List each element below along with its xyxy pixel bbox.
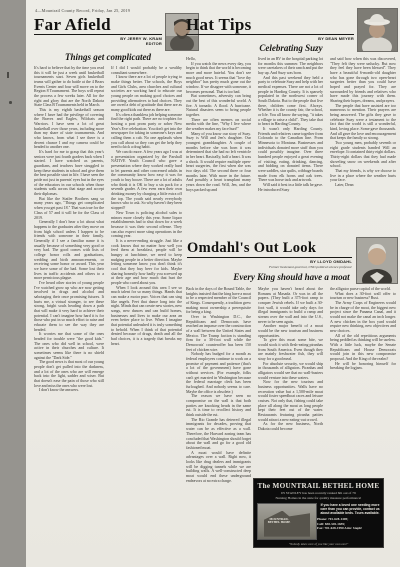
paragraph: It wasn't only Harding County. Friends a…	[258, 127, 323, 183]
paragraph: I don't know the answers.	[34, 388, 104, 393]
ad-title: The MOUNTRAIL BETHEL HOME	[254, 482, 383, 490]
paragraph: The people that have assisted are too nu…	[330, 104, 396, 141]
paragraph: We can do more. A few years ago I was at…	[111, 150, 182, 211]
building-sign-text: MOUNTRAIL BETHEL HOME	[266, 518, 292, 525]
paragraph: It worries me that some of the ones head…	[34, 332, 104, 360]
paragraph: A moat would have definite advantages ov…	[186, 451, 251, 484]
newspaper-page: 4—Mountrail County Record, Friday, Jan 2…	[0, 0, 400, 567]
far-afield-column-2: If I did I would probably be a wealthy c…	[111, 66, 182, 468]
paragraph: Another major benefit of a moat would be…	[258, 324, 323, 338]
paragraph: I know there are a lot of people trying …	[111, 75, 182, 112]
paragraph: The reason we have seen no compromise on…	[186, 394, 251, 417]
paragraph: Later, Dean	[330, 183, 396, 188]
bethel-home-ad: The MOUNTRAIL BETHEL HOME IN STANLEY has…	[253, 478, 384, 548]
hat-tips-column-2: lived in an RV in the hospital parking l…	[258, 57, 323, 233]
ad-subtitle-2: Nursing Homes in the state for quality m…	[254, 496, 383, 500]
hat-tips-column-1: Hello,If you watch the news every day, y…	[186, 57, 251, 233]
paragraph: That my friends, is why we choose to liv…	[330, 169, 396, 183]
masthead-line: 4—Mountrail County Record, Friday, Jan 2…	[35, 8, 130, 13]
paragraph: To give this moat some bite, we would st…	[258, 338, 323, 361]
paragraph: Over in Washington D.C., the Republicans…	[186, 315, 251, 352]
paragraph: I've heard other stories of young people…	[34, 281, 104, 332]
omdahl-heading: Every King should have a moat	[187, 272, 396, 282]
paragraph: Maybe you haven't heard about the Romans…	[258, 287, 323, 324]
paragraph: And this past weekend they held a party …	[258, 76, 323, 127]
paragraph: As for the new business, North Dakota co…	[258, 422, 323, 431]
paragraph: New Town is policing alcohol sales to mi…	[111, 211, 182, 239]
paragraph: and said how when this was discovered, "…	[330, 57, 396, 104]
omdahl-title: Omdahl's Out Look	[187, 240, 316, 257]
omdahl-column-2: Maybe you haven't heard about the Romans…	[258, 287, 323, 473]
far-afield-byline-role: EDITOR	[86, 41, 162, 46]
omdahl-column-1: Back in the days of the Round Table, the…	[186, 287, 251, 546]
hat-tips-title: Hat Tips	[186, 15, 252, 35]
ad-pitch-text: If you have a loved one needing more car…	[320, 503, 380, 515]
portrait-man-cowboy-hat	[358, 9, 397, 51]
paragraph: He will be honoring himself for breaking…	[330, 362, 396, 371]
paragraph: If you watch the news every day, you beg…	[186, 62, 251, 95]
scan-mark	[9, 101, 12, 104]
omdahl-byline: BY LLOYD OMDAHL	[252, 259, 352, 264]
hat-tips-column-3: and said how when this was discovered, "…	[330, 57, 396, 233]
hat-tips-byline: BY DEAN MEYER	[276, 36, 354, 41]
ad-subtitle-1: IN STANLEY has been recently ranked 6th …	[254, 491, 383, 495]
omdahl-column-3: the alligator purse capital of the world…	[330, 287, 396, 468]
paragraph: Back in the days of the Round Table, the…	[186, 287, 251, 315]
paragraph: It's hard for me to grasp that this year…	[34, 150, 104, 197]
paragraph: When I look around this area I see so mu…	[111, 286, 182, 347]
far-afield-heading: Things get complicated	[34, 52, 182, 62]
paragraph: Nobody has budged for a month as federal…	[186, 352, 251, 394]
bethel-home-building-photo: MOUNTRAIL BETHEL HOME	[257, 503, 317, 540]
paragraph: All of the old repetitious arguments bei…	[330, 334, 396, 362]
paragraph: Many of you know our story of Suzy. Suzy…	[186, 132, 251, 193]
paragraph: For absolute security, we would ship in …	[258, 362, 323, 381]
paragraph: Two young men, probably seventh or eight…	[330, 141, 396, 169]
paragraph: It's often a thankless job helping someo…	[111, 113, 182, 150]
dean-meyer-photo	[357, 8, 398, 52]
hat-tips-heading: Celebrating Suzy	[226, 43, 356, 53]
paragraph: It is a never-ending struggle. Just like…	[111, 239, 182, 286]
paper-sheet: 4—Mountrail County Record, Friday, Jan 2…	[26, 0, 400, 567]
paragraph: The good news is that most of our young …	[34, 360, 104, 388]
far-afield-column-1: It's hard to believe that by the time yo…	[34, 66, 104, 468]
paragraph: The Army Corps of Engineers would be in …	[330, 301, 396, 334]
paragraph: The Rio Grande has deterred illegal immi…	[186, 418, 251, 451]
scan-mark	[7, 72, 9, 78]
paragraph: This is my eighth basketball season wher…	[34, 108, 104, 150]
paragraph: lived in an RV in the hospital parking l…	[258, 57, 323, 76]
paragraph: But like the Statler Brothers sang so ma…	[34, 197, 104, 220]
ad-tagline: "Nobody takes care of you like your own …	[254, 542, 383, 546]
paragraph: Generally I don't hear a lot about what …	[34, 220, 104, 281]
paragraph: Will said it best in a little talk he ga…	[258, 183, 323, 192]
ad-fax-number: Fax: 701-628-1990 Attn: Steph!	[317, 526, 380, 531]
far-afield-title: Far Afield	[34, 15, 111, 35]
paragraph: There are often memes on social media wi…	[186, 118, 251, 132]
omdahl-subtitle: Former lieutenant governor, UND politica…	[192, 265, 352, 269]
paragraph: But sometimes, adversity can bring out t…	[186, 94, 251, 117]
paragraph: It's hard to believe that by the time yo…	[34, 66, 104, 108]
paragraph: Now for the new tourism and business opp…	[258, 380, 323, 422]
